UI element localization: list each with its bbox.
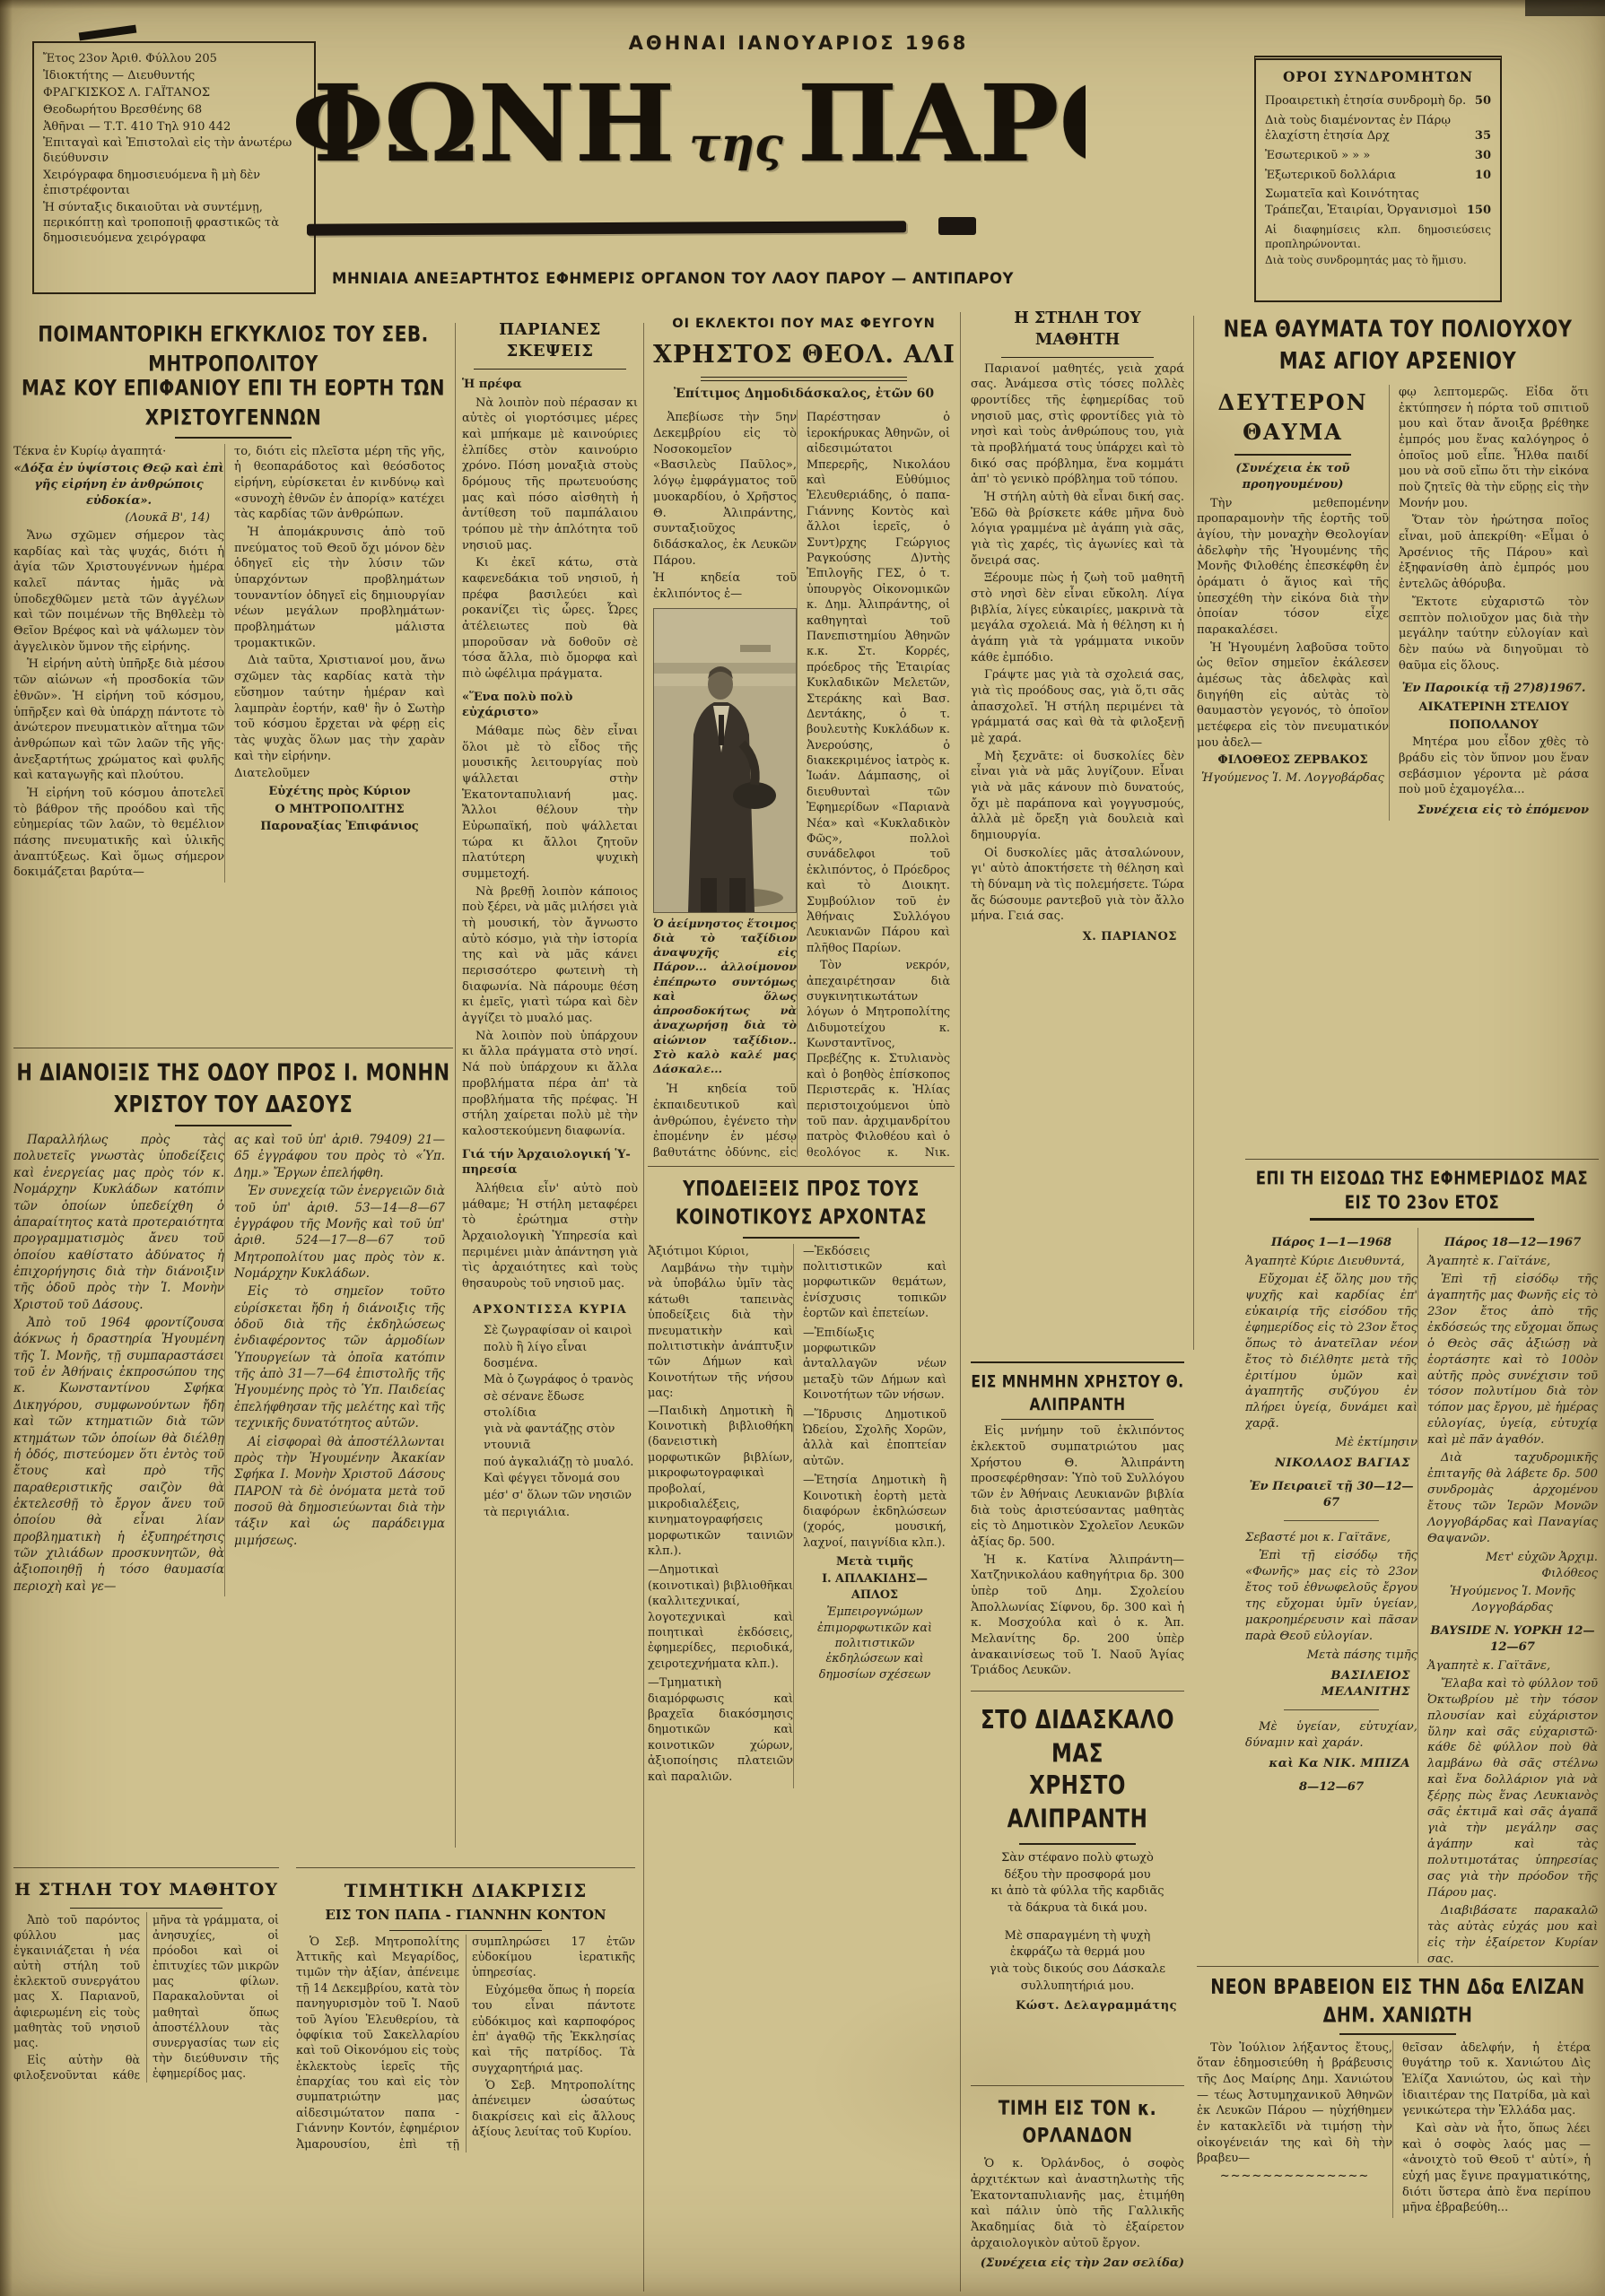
paragraph: σὲ σένανε ἔδωσε στολίδια bbox=[462, 1389, 638, 1421]
paragraph: θεῖσαν ἀδελφήν, ἡ ἑτέρα θυγάτηρ τοῦ κ. Χ… bbox=[1402, 2040, 1591, 2119]
obituary-photo bbox=[653, 608, 797, 913]
scan-edge bbox=[0, 0, 1605, 9]
paragraph: Διατελοῦμεν bbox=[234, 766, 445, 782]
paragraph: ἐκφράζω τὰ θερμά μου bbox=[971, 1944, 1184, 1961]
paragraph: Ἐπὶ τῇ εἰσόδῳ τῆς ἀγαπητῆς μας Φωνῆς εἰς… bbox=[1427, 1272, 1598, 1448]
paragraph: συλλυπητήριά μου. bbox=[971, 1979, 1184, 1995]
article-column: φῳ λεπτομερῶς. Εἶδα ὅτι ἐκτύπησεν ἡ πόρτ… bbox=[1389, 385, 1589, 820]
article-community-suggestions: ΥΠΟΔΕΙΞΕΙΣ ΠΡΟΣ ΤΟΥΣ ΚΟΙΝΟΤΙΚΟΥΣ ΑΡΧΟΝΤΑ… bbox=[648, 1166, 955, 2296]
subscription-box-title: ΟΡΟΙ ΣΥΝΔΡΟΜΗΤΩΝ bbox=[1265, 67, 1491, 86]
article-teacher-poem: ΣΤΟ ΔΙΔΑΣΚΑΛΟ ΜΑΣ ΧΡΗΣΤΟ ΑΛΙΠΡΑΝΤΗ Σὰν σ… bbox=[971, 1691, 1184, 2090]
paragraph: το, διότι εἰς πλεῖστα μέρη τῆς γῆς, ἡ θε… bbox=[234, 444, 445, 523]
article-priest-honor: ΤΙΜΗΤΙΚΗ ΔΙΑΚΡΙΣΙΣ ΕΙΣ ΤΟΝ ΠΑΠΑ - ΓΙΑΝΝΗ… bbox=[296, 1867, 635, 2296]
paragraph: 8—12—67 bbox=[1245, 1779, 1417, 1796]
article-headline: ΕΙΣ ΜΝΗΜΗΝ ΧΡΗΣΤΟΥ Θ. ΑΛΙΠΡΑΝΤΗ bbox=[971, 1370, 1184, 1416]
masthead-word-parou: ΠΑΡΟΥ bbox=[798, 52, 1086, 196]
paragraph: Μητέρα μου εἶδον χθὲς τὸ βράδυ εἰς τὸν ὕ… bbox=[1399, 735, 1589, 798]
article-headline-line2: ΕΙΣ ΤΟΝ ΠΑΠΑ - ΓΙΑΝΝΗΝ ΚΟΝΤΟΝ bbox=[296, 1906, 635, 1924]
article-column: Ἀπὸ τοῦ παρόντος φύλλου μας ἐγκαινιάζετα… bbox=[13, 1912, 279, 2083]
article-column: Τέκνα ἐν Κυρίῳ ἀγαπητά·«Δόξα ἐν ὑψίστοις… bbox=[13, 444, 224, 883]
paragraph: (Λουκᾶ Β', 14) bbox=[13, 510, 224, 526]
photo-illustration bbox=[654, 609, 796, 912]
paragraph: Τὴν μεθεπομένην προπαραμονὴν τῆς ἑορτῆς … bbox=[1197, 496, 1389, 639]
paragraph: Θεοδωρήτου Βρεσθένης 68 bbox=[43, 103, 305, 118]
column-rule bbox=[960, 312, 961, 2292]
subscription-box: ΟΡΟΙ ΣΥΝΔΡΟΜΗΤΩΝ Προαιρετικὴ ἐτησία συνδ… bbox=[1254, 56, 1502, 302]
headline-rule bbox=[1001, 357, 1154, 358]
headline-bar bbox=[1310, 1218, 1534, 1221]
paragraph: ΦΡΑΓΚΙΣΚΟΣ Λ. ΓΑΪΤΑΝΟΣ bbox=[43, 86, 305, 101]
paragraph: Ἀγαπητὲ κ. Γαϊτάνε, bbox=[1427, 1254, 1598, 1270]
headline-rule bbox=[1339, 2033, 1456, 2035]
signature: Παροναξίας Ἐπιφάνιος bbox=[234, 819, 445, 835]
article-column: Παρέστησαν ὁ ἱεροκήρυκας Ἀθηνῶν, οἱ αἰδε… bbox=[797, 410, 950, 1157]
paragraph: Ἀγαπητὲ κ. Γαϊτᾶνε, bbox=[1427, 1658, 1598, 1674]
article-headline: ΣΤΟ ΔΙΔΑΣΚΑΛΟ ΜΑΣ bbox=[971, 1704, 1184, 1772]
paragraph: Ὁ Σεβ. Μητροπολίτης ἀπένειμεν ὡσαύτως δι… bbox=[472, 2078, 635, 2141]
headline-double-rule bbox=[701, 377, 907, 381]
signature: Εὐχέτης πρὸς Κύριον bbox=[234, 784, 445, 800]
letters-column: Πάρος 1—1—1968Ἀγαπητὲ Κύριε Διευθυντά,Εὔ… bbox=[1245, 1228, 1417, 1963]
paragraph: —Τμηματικὴ διαμόρφωσις καὶ βραχεῖα διακό… bbox=[648, 1675, 793, 1785]
signature: καὶ Κα ΝΙΚ. ΜΠΙΖΑ bbox=[1245, 1756, 1410, 1772]
paragraph: ΑΡΧΟΝΤΙΣΣΑ ΚΥΡΙΑ bbox=[462, 1302, 638, 1318]
paragraph: Ὅταν τὸν ἠρώτησα ποῖος εἶναι, μοῦ ἀπεκρί… bbox=[1399, 513, 1589, 592]
column-rule bbox=[1193, 316, 1194, 1350]
paragraph: τὰ περιγιάλια. bbox=[462, 1505, 638, 1521]
scan-edge bbox=[0, 0, 13, 2296]
article-headline: ΠΟΙΜΑΝΤΟΡΙΚΗ ΕΓΚΥΚΛΙΟΣ ΤΟΥ ΣΕΒ. ΜΗΤΡΟΠΟΛ… bbox=[13, 319, 453, 378]
article-column: Παριανοί μαθητές, γειὰ χαρά σας. Ἀνάμεσα… bbox=[971, 361, 1184, 945]
publisher-info-box: Ἔτος 23ον Ἀριθ. Φύλλου 205Ἰδιοκτήτης — Δ… bbox=[32, 41, 316, 294]
paragraph: Καὶ φέγγει τὄνομά σου bbox=[462, 1471, 638, 1487]
paragraph: Νὰ βρεθῇ λοιπὸν κάποιος ποὺ ξέρει, νὰ μᾶ… bbox=[462, 884, 638, 1027]
headline-rule bbox=[1001, 1419, 1154, 1420]
paragraph: —Ἐτησία Δημοτικὴ ἢ Κοινοτικὴ ἑορτὴ μετὰ … bbox=[803, 1473, 946, 1551]
paragraph: Σὰν στέφανο πολὺ φτωχὸ bbox=[971, 1850, 1184, 1866]
subscription-rates: Προαιρετικὴ ἐτησία συνδρομὴ δρ.50Διὰ τοὺ… bbox=[1265, 93, 1491, 219]
paragraph: —Δημοτικαὶ (κοινοτικαὶ) βιβλιοθῆκαι (καλ… bbox=[648, 1562, 793, 1672]
paragraph: Νὰ λοιπὸν ποὺ πέρασαν κι αὐτὲς οἱ γιορτό… bbox=[462, 396, 638, 554]
rate-row: Σωματεῖα καὶ Κοινότητας Τράπεζαι, Ἑταιρί… bbox=[1265, 187, 1491, 218]
article-eyebrow: ΟΙ ΕΚΛΕΚΤΟΙ ΠΟΥ ΜΑΣ ΦΕΥΓΟΥΝ bbox=[653, 316, 955, 334]
article-column: ΔΕΥΤΕΡΟΝ ΘΑΥΜΑ (Συνέχεια ἐκ τοῦ προηγουμ… bbox=[1197, 385, 1389, 820]
headline-rule bbox=[175, 437, 292, 439]
headline-rule bbox=[175, 1125, 292, 1126]
article-in-memoriam: ΕΙΣ ΜΝΗΜΗΝ ΧΡΗΣΤΟΥ Θ. ΑΛΙΠΡΑΝΤΗ Εἰς μνήμ… bbox=[971, 1361, 1184, 1686]
article-headline: ΧΡΗΣΤΟΣ ΘΕΟΛ. ΑΛΙΠΡΑΝΤΗΣ bbox=[653, 339, 955, 372]
signature: ΠΟΠΟΛΑΝΟΥ bbox=[1399, 717, 1589, 734]
article-obituary-aliprantis: ΟΙ ΕΚΛΕΚΤΟΙ ΠΟΥ ΜΑΣ ΦΕΥΓΟΥΝ ΧΡΗΣΤΟΣ ΘΕΟΛ… bbox=[653, 316, 955, 1157]
paragraph: (Συνέχεια εἰς τὴν 2αν σελίδα) bbox=[971, 2256, 1184, 2272]
paragraph: Διὰ ταχυδρομικῆς ἐπιταγῆς θὰ λάβετε δρ. … bbox=[1427, 1450, 1598, 1547]
headline-rule bbox=[70, 1908, 222, 1909]
headline-rule bbox=[389, 1930, 542, 1931]
masthead-word-i-foni: Η ΦΩΝΗ bbox=[296, 52, 675, 196]
article-subheadline: ΔΕΥΤΕΡΟΝ ΘΑΥΜΑ bbox=[1197, 388, 1389, 447]
rate-row: Προαιρετικὴ ἐτησία συνδρομὴ δρ.50 bbox=[1265, 93, 1491, 109]
rate-row: Διὰ τοὺς διαμένοντας ἐν Πάρῳ ἐλαχίστη ἐτ… bbox=[1265, 113, 1491, 144]
headline-rule bbox=[474, 369, 626, 370]
photo-caption: Ὁ ἀείμνηστος ἕτοιμος διὰ τὸ ταξίδιον ἀνα… bbox=[653, 917, 797, 1077]
paragraph: Διὰ τοὺς συνδρομητάς μας τὸ ἥμισυ. bbox=[1265, 253, 1491, 267]
masthead: Η ΦΩΝΗ της ΠΑΡΟΥ bbox=[296, 52, 1086, 245]
section-title: ΠΑΡΙΑΝΕΣ ΣΚΕΨΕΙΣ bbox=[462, 319, 638, 363]
article-headline: ΕΠΙ ΤΗ ΕΙΣΟΔΩ ΤΗΣ ΕΦΗΜΕΡΙΔΟΣ ΜΑΣ ΕΙΣ ΤΟ … bbox=[1245, 1167, 1599, 1216]
article-headline: ΥΠΟΔΕΙΞΕΙΣ ΠΡΟΣ ΤΟΥΣ ΚΟΙΝΟΤΙΚΟΥΣ ΑΡΧΟΝΤΑ… bbox=[648, 1176, 955, 1232]
paragraph: Παρέστησαν ὁ ἱεροκήρυκας Ἀθηνῶν, οἱ αἰδε… bbox=[807, 410, 950, 956]
paragraph: Λαμβάνω τὴν τιμὴν νὰ ὑποβάλω ὑμῖν τὰς κά… bbox=[648, 1261, 793, 1402]
paragraph: «Ἕνα πολὺ πολὺ εὐχάριστο» bbox=[462, 690, 638, 721]
article-column: Τὸν Ἰούλιον λήξαντος ἔτους, ὅταν ἐδημοσι… bbox=[1197, 2040, 1392, 2218]
section-title: Η ΣΤΗΛΗ ΤΟΥ ΜΑΘΗΤΟΥ bbox=[13, 1879, 279, 1902]
paragraph: Γιά τήν Ἀρχαιολογική Ὑ­πηρεσία bbox=[462, 1147, 638, 1178]
paragraph: Κι ἐκεῖ κάτω, στὰ καφενεδάκια τοῦ νησιοῦ… bbox=[462, 555, 638, 682]
paragraph: Ἡγούμενος Ἱ. Μονῆς Λογγοβάρδας bbox=[1427, 1584, 1598, 1616]
paragraph: Ἡ κηδεία τοῦ ἐκλιπόντος ἐ— bbox=[653, 570, 797, 602]
paragraph: Μάθαμε πὼς δὲν εἶναι ὅλοι μὲ τὸ εἶδος τῆ… bbox=[462, 724, 638, 883]
paragraph: Ἡ κ. Κατίνα Ἀλιπράντη—Χατζηνικολάου καθη… bbox=[971, 1552, 1184, 1679]
paragraph: —Ἐκδόσεις πολιτιστικῶν καὶ μορφωτικῶν θε… bbox=[803, 1244, 946, 1322]
paragraph: Ἡ κηδεία τοῦ ἐκπαιδευτικοῦ καὶ ἀνθρώπου,… bbox=[653, 1082, 797, 1157]
masthead-word-tis: της bbox=[689, 114, 782, 178]
paragraph: «Δόξα ἐν ὑψίστοις Θεῷ καὶ ἐπὶ γῆς εἰρήνη… bbox=[13, 461, 224, 509]
paragraph: γιὰ τοὺς δικούς σου Δάσκαλε bbox=[971, 1961, 1184, 1978]
paragraph: Ὁ κ. Ὀρλάνδος, ὁ σοφὸς ἀρχιτέκτων καὶ ἀν… bbox=[971, 2156, 1184, 2251]
paragraph: τὰ δάκρυα τὰ δικά μου. bbox=[971, 1900, 1184, 1917]
signature: Κώστ. Δελαγραμμάτης bbox=[971, 1998, 1177, 2014]
paragraph: Ἡ εἰρήνη τοῦ κόσμου ἀποτελεῖ τὸ βάθρον τ… bbox=[13, 786, 224, 881]
paragraph: Εἰς τὸ σημεῖον τοῦτο εὑρίσκεται ἤδη ἡ δι… bbox=[234, 1283, 445, 1431]
paragraph: Ἀξιότιμοι Κύριοι, bbox=[648, 1244, 793, 1259]
article-column: Ἡ πρέφαΝὰ λοιπὸν ποὺ πέρασαν κι αὐτὲς οἱ… bbox=[462, 377, 638, 1520]
paragraph: Ἀπὸ τοῦ 1964 φροντίζουσα ἀόκνως ἡ δραστη… bbox=[13, 1315, 224, 1595]
rate-row: Ἐσωτερικοῦ » » »30 bbox=[1265, 148, 1491, 164]
paragraph: Πάρος 18—12—1967 bbox=[1427, 1235, 1598, 1251]
paragraph: Μετ' εὐχῶν Ἀρχιμ. Φιλόθεος bbox=[1427, 1550, 1598, 1582]
paragraph: Ἰδιοκτήτης — Διευθυντής bbox=[43, 69, 305, 84]
paragraph: Ἡ εἰρήνη αὐτὴ ὑπῆρξε διὰ μέσου τῶν αἰώνω… bbox=[13, 657, 224, 783]
article-column: Ἀξιότιμοι Κύριοι,Λαμβάνω τὴν τιμὴν νὰ ὑπ… bbox=[648, 1244, 793, 1788]
poem: Σὰν στέφανο πολὺ φτωχὸδέξου τὴν προσφορά… bbox=[971, 1850, 1184, 2014]
headline-rule bbox=[1019, 1843, 1136, 1845]
newspaper-page: ΑΘΗΝΑΙ ΙΑΝΟΥΑΡΙΟΣ 1968 Ἔτος 23ον Ἀριθ. Φ… bbox=[0, 0, 1605, 2296]
article-headline-line2: ΧΡΗΣΤΟ ΑΛΙΠΡΑΝΤΗ bbox=[971, 1770, 1184, 1838]
paragraph: Ἀγαπητὲ Κύριε Διευθυντά, bbox=[1245, 1254, 1417, 1270]
article-headline: ΤΙΜΗΤΙΚΗ ΔΙΑΚΡΙΣΙΣ bbox=[296, 1879, 635, 1903]
paragraph: Ἔλαβα καὶ τὸ φύλλον τοῦ Ὀκτωβρίου μὲ τὴν… bbox=[1427, 1676, 1598, 1901]
paragraph: Ξέρουμε πὼς ἡ ζωὴ τοῦ μαθητῆ στὸ νησὶ δὲ… bbox=[971, 570, 1184, 665]
paragraph: Αἱ διαφημίσεις κλπ. δημοσιεύσεις προπληρ… bbox=[1265, 222, 1491, 252]
rate-row: Ἐξωτερικοῦ δολλάρια10 bbox=[1265, 168, 1491, 184]
paragraph: κι ἀπὸ τὰ φύλλα τῆς καρδιᾶς bbox=[971, 1883, 1184, 1900]
article-eliza-award: ΝΕΟΝ ΒΡΑΒΕΙΟΝ ΕΙΣ ΤΗΝ Δδα ΕΛΙΖΑΝ ΔΗΜ. ΧΑ… bbox=[1197, 1966, 1599, 2296]
paragraph: —Ἵδρυσις Δημοτικοῦ Ὠδείου, Σχολῆς Χορῶν,… bbox=[803, 1407, 946, 1470]
paragraph: γιὰ νὰ φαντάζῃς στὸν ντουνιᾶ bbox=[462, 1422, 638, 1453]
paragraph: πολὺ ἢ λίγο εἶναι δοσμένα. bbox=[462, 1340, 638, 1371]
paragraph: Διὰ ταῦτα, Χριστιανοί μου, ἄνω σχῶμεν τὰ… bbox=[234, 653, 445, 764]
signature: ΦΙΛΟΘΕΟΣ ΖΕΡΒΑΚΟΣ bbox=[1197, 752, 1389, 769]
paragraph: Νὰ λοιπὸν ποὺ ὑπάρχουν κι ἄλλα πράγματα … bbox=[462, 1029, 638, 1140]
paragraph: —Ἐπιδίωξις μορφωτικῶν ἀνταλλαγῶν νέων με… bbox=[803, 1326, 946, 1404]
paragraph: Ἐν Παροικίᾳ τῇ 27)8)1967. bbox=[1399, 681, 1589, 697]
signature: ΝΙΚΟΛΑΟΣ ΒΑΓΙΑΣ bbox=[1245, 1456, 1410, 1472]
article-column: Ἀπεβίωσε τὴν 5ην Δεκεμβρίου εἰς τὸ Νοσοκ… bbox=[653, 410, 797, 1157]
column-rule bbox=[455, 323, 456, 1848]
article-column: ας καὶ τοῦ ὑπ' ἀριθ. 79409) 21—65 ἐγγράφ… bbox=[224, 1132, 445, 1596]
column-rule bbox=[643, 323, 644, 2292]
paragraph: Καὶ σὰν νὰ ἦτο, ὅπως λέει καὶ ὁ σοφὸς λα… bbox=[1402, 2121, 1591, 2216]
paragraph: Ἐν συνεχείᾳ τῶν ἐνεργειῶν διὰ τοῦ ὑπ' ἀρ… bbox=[234, 1183, 445, 1282]
article-column: το, διότι εἰς πλεῖστα μέρη τῆς γῆς, ἡ θε… bbox=[224, 444, 445, 883]
paragraph: Μὲ σπαραγμένη τὴ ψυχὴ bbox=[971, 1928, 1184, 1944]
scan-ink-mark bbox=[79, 25, 137, 41]
paragraph: Αἱ εἰσφοραὶ θὰ ἀποστέλλωνται πρὸς τὴν Ἡγ… bbox=[234, 1434, 445, 1550]
paragraph: Παριανοί μαθητές, γειὰ χαρά σας. Ἀνάμεσα… bbox=[971, 361, 1184, 488]
paragraph: Πάρος 1—1—1968 bbox=[1245, 1235, 1417, 1251]
signature: ΑΙΚΑΤΕΡΙΝΗ ΣΤΕΛΙΟΥ bbox=[1399, 700, 1589, 716]
masthead-subtitle: ΜΗΝΙΑΙΑ ΑΝΕΞΑΡΤΗΤΟΣ ΕΦΗΜΕΡΙΣ ΟΡΓΑΝΟΝ ΤΟΥ… bbox=[260, 269, 1086, 289]
paragraph: Ἡ σύνταξις δικαιοῦται νὰ συντέμνῃ, περικ… bbox=[43, 201, 305, 247]
signature: Ι. ΑΠΛΑΚΙΔΗΣ—ΑΠΛΟΣ bbox=[803, 1571, 946, 1603]
paragraph: —Παιδικὴ Δημοτικὴ ἢ Κοινοτικὴ βιβλιοθήκη… bbox=[648, 1404, 793, 1560]
paragraph: ας καὶ τοῦ ὑπ' ἀριθ. 79409) 21—65 ἐγγράφ… bbox=[234, 1132, 445, 1181]
article-parian-thoughts: ΠΑΡΙΑΝΕΣ ΣΚΕΨΕΙΣ Ἡ πρέφαΝὰ λοιπὸν ποὺ πέ… bbox=[462, 319, 638, 1861]
paragraph: ∼∼∼∼∼∼∼∼∼∼∼∼∼∼ bbox=[1197, 2169, 1392, 2185]
article-column: Ὁ κ. Ὀρλάνδος, ὁ σοφὸς ἀρχιτέκτων καὶ ἀν… bbox=[971, 2156, 1184, 2272]
paragraph: Σεβαστέ μοι κ. Γαϊτᾶνε, bbox=[1245, 1530, 1417, 1546]
paragraph: Ἔτος 23ον Ἀριθ. Φύλλου 205 bbox=[43, 52, 305, 67]
subscription-notes: Αἱ διαφημίσεις κλπ. δημοσιεύσεις προπληρ… bbox=[1265, 222, 1491, 268]
paragraph: Εὔχομαι ἐξ ὅλης μου τῆς ψυχῆς καὶ καρδία… bbox=[1245, 1272, 1417, 1433]
continuation-note: (Συνέχεια ἐκ τοῦ προηγουμένου) bbox=[1197, 461, 1389, 492]
paragraph: φῳ λεπτομερῶς. Εἶδα ὅτι ἐκτύπησεν ἡ πόρτ… bbox=[1399, 385, 1589, 511]
section-title: Η ΣΤΗΛΗ ΤΟΥ ΜΑΘΗΤΗ bbox=[971, 309, 1184, 352]
paragraph: Τέκνα ἐν Κυρίῳ ἀγαπητά· bbox=[13, 444, 224, 460]
paragraph: Μὲ ὑγείαν, εὐτυχίαν, δύναμιν καὶ χαράν. bbox=[1245, 1719, 1417, 1752]
signature: Χ. ΠΑΡΙΑΝΟΣ bbox=[971, 929, 1177, 945]
article-subtitle: Ἐπίτιμος Δημοδιδάσκαλος, ἐτῶν 60 bbox=[653, 386, 955, 403]
paragraph: Ἐν Πειραιεῖ τῇ 30—12—67 bbox=[1245, 1479, 1417, 1511]
paragraph: μέσ' σ' ὅλων τῶν νησιῶν bbox=[462, 1488, 638, 1504]
article-student-column-announcement: Η ΣΤΗΛΗ ΤΟΥ ΜΑΘΗΤΟΥ Ἀπὸ τοῦ παρόντος φύλ… bbox=[13, 1867, 279, 2296]
paragraph: Ἡ Ἡγουμένη λαβοῦσα τοῦτο ὡς θεῖον σημεῖο… bbox=[1197, 640, 1389, 752]
paragraph: Μὲ ἐκτίμησιν bbox=[1245, 1435, 1417, 1451]
paragraph: Ἡ πρέφα bbox=[462, 377, 638, 393]
paragraph: Ἀπεβίωσε τὴν 5ην Δεκεμβρίου εἰς τὸ Νοσοκ… bbox=[653, 410, 797, 569]
paragraph: Ἐπὶ τῇ εἰσόδῳ τῆς «Φωνῆς» μας εἰς τὸ 23ο… bbox=[1245, 1548, 1417, 1645]
paragraph: Σὲ ζωγραφίσαν οἱ καιροὶ bbox=[462, 1323, 638, 1339]
paragraph: Ἀπὸ τοῦ παρόντος φύλλου μας ἐγκαινιάζετα… bbox=[13, 1912, 140, 2050]
paragraph: Διαβιβάσατε παρακαλῶ τὰς αὐτὰς εὐχάς μου… bbox=[1427, 1903, 1598, 1963]
paragraph: Χειρόγραφα δημοσιευόμενα ἢ μὴ δὲν ἐπιστρ… bbox=[43, 169, 305, 199]
paragraph: πού ἀγκαλιάζῃ τὸ μυαλό. bbox=[462, 1455, 638, 1471]
paragraph: Παραλλήλως πρὸς τὰς πολυετεῖς γνωστὰς ὑπ… bbox=[13, 1132, 224, 1313]
article-headline: ΤΙΜΗ ΕΙΣ ΤΟΝ κ. ΟΡΛΑΝΔΟΝ bbox=[971, 2095, 1184, 2150]
paragraph: Ἄνω σχῶμεν σήμερον τὰς καρδίας καὶ τὰς ψ… bbox=[13, 528, 224, 655]
paragraph: Ἀθῆναι — Τ.Τ. 410 Τηλ 910 442 bbox=[43, 120, 305, 135]
article-column: Παραλλήλως πρὸς τὰς πολυετεῖς γνωστὰς ὑπ… bbox=[13, 1132, 224, 1596]
article-pastoral-encyclical: ΠΟΙΜΑΝΤΟΡΙΚΗ ΕΓΚΥΚΛΙΟΣ ΤΟΥ ΣΕΒ. ΜΗΤΡΟΠΟΛ… bbox=[13, 319, 453, 1034]
article-student-column: Η ΣΤΗΛΗ ΤΟΥ ΜΑΘΗΤΗ Παριανοί μαθητές, γει… bbox=[971, 309, 1184, 1349]
article-column: Ὁ Σεβ. Μητροπολίτης Ἀττικῆς καὶ Μεγαρίδο… bbox=[296, 1935, 635, 2152]
paragraph: δέξου τὴν προσφορά μου bbox=[971, 1867, 1184, 1883]
paragraph bbox=[971, 1918, 1184, 1926]
article-column: θεῖσαν ἀδελφήν, ἡ ἑτέρα θυγάτηρ τοῦ κ. Χ… bbox=[1392, 2040, 1591, 2218]
article-saint-miracles: ΝΕΑ ΘΑΥΜΑΤΑ ΤΟΥ ΠΟΛΙΟΥΧΟΥ ΜΑΣ ΑΓΙΟΥ ΑΡΣΕ… bbox=[1197, 314, 1599, 1150]
paragraph: Μὰ ὁ ζωγράφος ὁ τρανὸς bbox=[462, 1372, 638, 1388]
paragraph: Ἡ ἀπομάκρυνσις ἀπὸ τοῦ πνεύματος τοῦ Θεο… bbox=[234, 525, 445, 651]
paragraph: Ἡ στήλη αὐτὴ θὰ εἶναι δική σας. Ἐδῶ θὰ β… bbox=[971, 490, 1184, 569]
article-headline: Η ΔΙΑΝΟΙΞΙΣ ΤΗΣ ΟΔΟΥ ΠΡΟΣ Ι. ΜΟΝΗΝ ΧΡΙΣΤ… bbox=[13, 1057, 453, 1120]
paragraph: Γράψτε μας γιὰ τὰ σχολειά σας, γιὰ τὶς π… bbox=[971, 667, 1184, 746]
paragraph: Μετὰ πάσης τιμῆς bbox=[1245, 1648, 1417, 1664]
paragraph: Ἐμπειρογνώμων ἐπιμορφωτικῶν καὶ πολιτιστ… bbox=[803, 1605, 946, 1683]
paragraph: Ἐπιταγαὶ καὶ Ἐπιστολαὶ εἰς τὴν ἀνωτέρω δ… bbox=[43, 136, 305, 167]
signature: Ο ΜΗΤΡΟΠΟΛΙΤΗΣ bbox=[234, 802, 445, 818]
article-headline: ΝΕΟΝ ΒΡΑΒΕΙΟΝ ΕΙΣ ΤΗΝ Δδα ΕΛΙΖΑΝ ΔΗΜ. ΧΑ… bbox=[1197, 1974, 1599, 2031]
paragraph: Ἀλήθεια εἶν' αὐτὸ ποὺ μάθαμε; Ἡ στήλη με… bbox=[462, 1181, 638, 1292]
paragraph: Εἰς μνήμην τοῦ ἐκλιπόντος ἐκλεκτοῦ συμπα… bbox=[971, 1423, 1184, 1550]
paragraph: Οἱ δυσκολίες μᾶς ἀτσαλώνουν, γι' αὐτὸ ἀπ… bbox=[971, 846, 1184, 925]
scan-ink-mark bbox=[1525, 0, 1605, 16]
article-headline-line2: ΜΑΣ ΚΟΥ ΕΠΙΦΑΝΙΟΥ ΕΠΙ ΤΗ ΕΟΡΤΗ ΤΩΝ ΧΡΙΣΤ… bbox=[13, 373, 453, 432]
article-orlandos-honor: ΤΙΜΗ ΕΙΣ ΤΟΝ κ. ΟΡΛΑΝΔΟΝ Ὁ κ. Ὀρλάνδος, … bbox=[971, 2085, 1184, 2296]
paragraph: Τὸν νεκρόν, ἀπεχαιρέτησαν διὰ συγκινητικ… bbox=[807, 958, 950, 1157]
article-column: —Ἐκδόσεις πολιτιστικῶν καὶ μορφωτικῶν θε… bbox=[793, 1244, 946, 1788]
signature: Μετὰ τιμῆς bbox=[803, 1554, 946, 1570]
paragraph: Τὸν Ἰούλιον λήξαντος ἔτους, ὅταν ἐδημοσι… bbox=[1197, 2040, 1392, 2167]
paragraph bbox=[1284, 1520, 1379, 1521]
paragraph: BAYSIDE N. ΥΟΡΚΗ 12—12—67 bbox=[1427, 1623, 1598, 1656]
article-headline: ΝΕΑ ΘΑΥΜΑΤΑ ΤΟΥ ΠΟΛΙΟΥΧΟΥ ΜΑΣ ΑΓΙΟΥ ΑΡΣΕ… bbox=[1197, 314, 1599, 377]
article-road-opening: Η ΔΙΑΝΟΙΞΙΣ ΤΗΣ ΟΔΟΥ ΠΡΟΣ Ι. ΜΟΝΗΝ ΧΡΙΣΤ… bbox=[13, 1048, 453, 1860]
article-column: Εἰς μνήμην τοῦ ἐκλιπόντος ἐκλεκτοῦ συμπα… bbox=[971, 1423, 1184, 1679]
masthead-ink-blob bbox=[938, 217, 976, 235]
headline-rule bbox=[1234, 454, 1351, 456]
paragraph: Εὐχόμεθα ὅπως ἡ πορεία του εἶναι πάντοτε… bbox=[472, 1983, 635, 2076]
paragraph: Ἔκτοτε εὐχαριστῶ τὸν σεπτὸν πολιοῦχον μα… bbox=[1399, 595, 1589, 674]
paragraph: Ἡγούμενος Ἱ. Μ. Λογγοβάρδας bbox=[1197, 770, 1389, 787]
paragraph bbox=[1284, 1709, 1379, 1710]
letters-column: Πάρος 18—12—1967Ἀγαπητὲ κ. Γαϊτάνε,Ἐπὶ τ… bbox=[1417, 1228, 1598, 1963]
paragraph: Συνέχεια εἰς τὸ ἑπόμενον bbox=[1399, 803, 1589, 819]
article-23rd-year-letters: ΕΠΙ ΤΗ ΕΙΣΟΔΩ ΤΗΣ ΕΦΗΜΕΡΙΔΟΣ ΜΑΣ ΕΙΣ ΤΟ … bbox=[1245, 1159, 1599, 1963]
signature: ΒΑΣΙΛΕΙΟΣ ΜΕΛΑΝΙΤΗΣ bbox=[1245, 1668, 1410, 1700]
paragraph: Μὴ ξεχνᾶτε: οἱ δυσκολίες δὲν εἶναι γιὰ ν… bbox=[971, 749, 1184, 844]
headline-rule bbox=[743, 1237, 859, 1239]
